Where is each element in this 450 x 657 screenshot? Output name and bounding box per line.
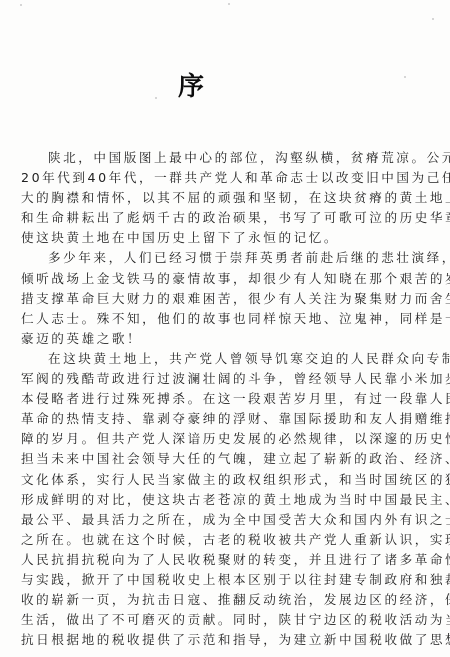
scan-speck [228, 3, 230, 5]
text-line: 之所在。也就在这个时候，古老的税收被共产党人重新认识，实现了领导 [21, 530, 433, 550]
text-line: 革命的热情支持、靠剥夺豪绅的浮财、靠国际援助和友人捐赠维持物质保 [21, 409, 433, 429]
text-line: 生活，做出了不可磨灭的贡献。同时，陕甘宁边区的税收活动为当时各个 [21, 610, 433, 630]
document-page: 序 陕北，中国版图上最中心的部位，沟壑纵横，贫瘠荒凉。公元20世纪 20年代到4… [0, 0, 450, 657]
text-line: 担当未来中国社会领导大任的气魄，建立起了崭新的政治、经济、军事、 [21, 449, 433, 469]
preface-body: 陕北，中国版图上最中心的部位，沟壑纵横，贫瘠荒凉。公元20世纪 20年代到40年… [21, 148, 433, 650]
text-line: 与实践，掀开了中国税收史上根本区别于以往封建专制政府和独裁政府税 [21, 570, 433, 590]
text-line: 障的岁月。但共产党人深谙历史发展的必然规律，以深邃的历史性目光和 [21, 429, 433, 449]
text-line: 抗日根据地的税收提供了示范和指导，为建立新中国税收做了思想上、制 [21, 630, 433, 650]
text-line: 收的崭新一页，为抗击日寇、推翻反动统治，发展边区的经济，保障人民 [21, 590, 433, 610]
scan-speck [40, 615, 42, 617]
text-line: 多少年来，人们已经习惯于崇拜英勇者前赴后继的悲壮演绎，习惯于 [21, 248, 433, 268]
text-line: 大的胸襟和情怀，以其不屈的顽强和坚韧，在这块贫瘠的黄土地上用鲜血 [21, 188, 433, 208]
text-line: 仁人志士。殊不知，他们的故事也同样惊天地、泣鬼神，同样是一曲悲壮 [21, 309, 433, 329]
text-line: 措支撑革命巨大财力的艰难困苦，很少有人关注为聚集财力而舍生取义的 [21, 289, 433, 309]
scan-speck [404, 76, 406, 78]
text-line: 本侵略者进行过殊死搏杀。在这一段艰苦岁月里，有过一段靠人民群众对 [21, 389, 433, 409]
scan-speck [20, 4, 22, 6]
text-line: 形成鲜明的对比，使这块古老苍凉的黄土地成为当时中国最民主、最自由、 [21, 490, 433, 510]
text-line: 陕北，中国版图上最中心的部位，沟壑纵横，贫瘠荒凉。公元20世纪 [21, 148, 433, 168]
text-line: 使这块黄土地在中国历史上留下了永恒的记忆。 [21, 228, 433, 248]
scan-speck [155, 97, 157, 99]
page-title: 序 [178, 66, 204, 103]
text-line: 20年代到40年代，一群共产党人和革命志士以改变旧中国为己任，以其博 [21, 168, 433, 188]
text-line: 和生命耕耘出了彪炳千古的政治硕果，书写了可歌可泣的历史华章，从而 [21, 208, 433, 228]
text-line: 豪迈的英雄之歌！ [21, 329, 433, 349]
text-line: 文化体系，实行人民当家做主的政权组织形式，和当时国统区的独裁统治 [21, 470, 433, 490]
text-line: 最公平、最具活力之所在，成为全中国受苦大众和国内外有识之士的希望 [21, 510, 433, 530]
text-line: 军阀的残酷苛政进行过波澜壮阔的斗争，曾经领导人民靠小米加步枪与日 [21, 369, 433, 389]
scan-speck [432, 18, 434, 20]
text-line: 倾听战场上金戈铁马的豪情故事，却很少有人知晓在那个艰苦的岁月里筹 [21, 269, 433, 289]
text-line: 人民抗捐抗税向为了人民收税聚财的转变，并且进行了诸多革命性地创新 [21, 550, 433, 570]
text-line: 在这块黄土地上，共产党人曾领导饥寒交迫的人民群众向专制政府和 [21, 349, 433, 369]
